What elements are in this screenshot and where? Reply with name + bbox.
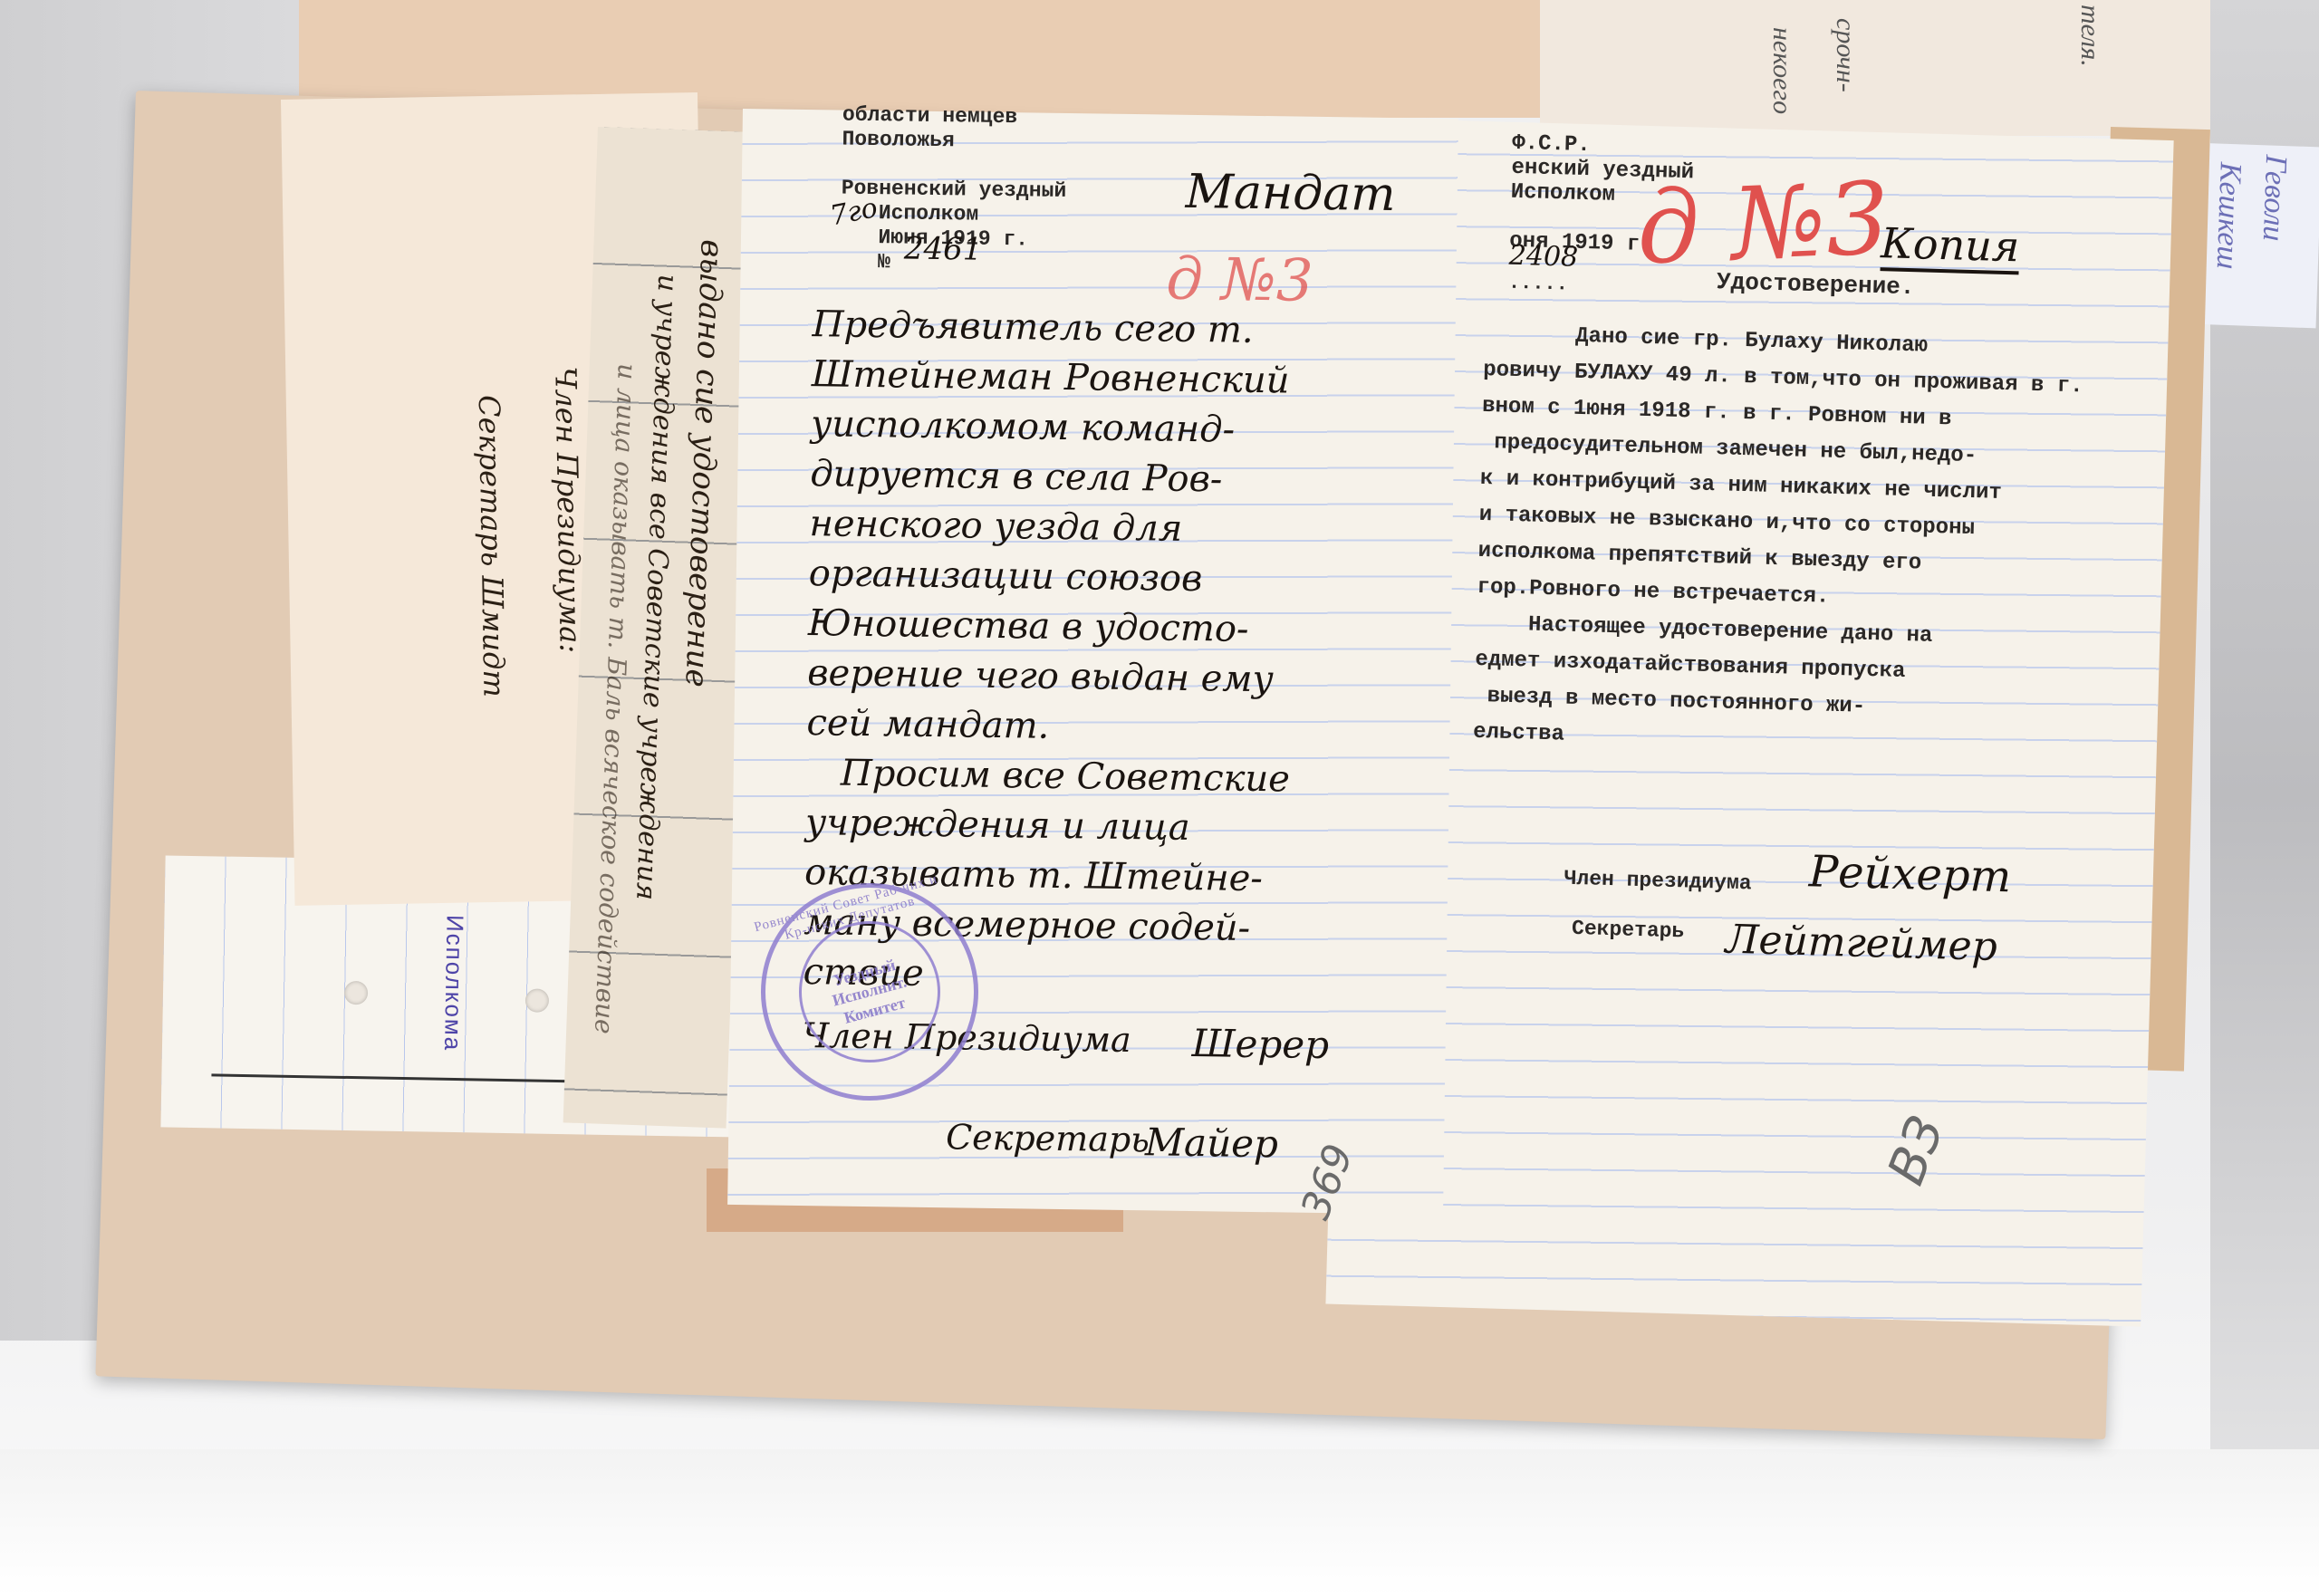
body-line: и таковых не взыскано и,что со стороны [1478,503,1975,541]
body-line: ненского уезда для [809,503,1182,550]
body-line: Юношества в удосто- [808,602,1249,650]
body-line: сей мандат. [806,702,1049,747]
header-line: области немцев [842,103,1018,130]
background-bottom [0,1449,2319,1596]
chairman-signature: Шерер [1191,1021,1329,1067]
header-line: Ф.С.Р. [1512,131,1591,158]
certificate-number: 2408 [1508,240,1578,274]
punch-hole [344,981,368,1005]
body-line: вном с 1юня 1918 г. в г. Ровном ни в [1482,394,1952,431]
body-line: гор.Ровного не встречается. [1477,575,1829,610]
body-line: Штейнеман Ровненский [812,353,1290,401]
body-line: к и контрибуций за ним никаких не числит [1480,466,2003,505]
top-printed-sheet: срочн- некоего теля. [1540,0,2210,136]
body-line: Предъявитель сего т. [812,303,1254,351]
certificate-number-dots: ..... [1508,272,1569,296]
secretary-signature: Майер [1145,1120,1279,1166]
body-line: уисполкомом команд- [811,403,1236,451]
mandate-number: 2461 [904,231,983,268]
blue-slip-text: Кешкеш [2209,161,2247,270]
body-line: Настоящее удостоверение дано на [1476,611,1933,649]
body-line: ровичу БУЛАХУ 49 л. в том,что он прожива… [1483,358,2083,399]
body-line: выезд в место постоянного жи- [1474,684,1866,719]
secretary-signature: Лейтгеймер [1725,917,1997,970]
header-line: № [840,250,890,274]
header-line: Исполком [1510,180,1615,207]
header-line: Поволожья [842,128,955,153]
body-line: исполкома препятствий к выезду его [1477,539,1921,576]
body-line: едмет изходатайствования пропуска [1475,648,1906,684]
mandate-title: Мандат [1185,165,1396,222]
printed-label-ispolkoma: Исполкома [438,915,469,1053]
top-fragment: теля. [2074,5,2105,67]
top-fragment: некоего [1766,27,1797,114]
member-signature: Рейхерт [1808,846,2012,902]
body-line: Просим все Советские [805,752,1290,800]
strip-line: и лица оказывать т. Баль всяческое содей… [589,363,642,1035]
pencil-initials: ВЗ [1877,1109,1957,1193]
secretary-label: Секретарь [1572,917,1685,943]
pencil-folio-number: 369 [1293,1138,1362,1226]
member-label: Член президиума [1564,867,1752,896]
copy-mark: Копия [1881,218,2021,274]
secretary-label: Секретарь [946,1117,1150,1159]
body-line: организации союзов [809,553,1203,600]
body-line: дируется в села Ров- [810,453,1223,500]
blue-slip-text: Геволи [2256,154,2293,242]
body-line: верение чего выдан ему [807,652,1274,700]
body-line: предосудительном замечен не был,недо- [1481,430,1977,468]
certificate-title: Удостоверение. [1717,268,1915,301]
top-fragment: срочн- [1830,18,1861,92]
strip-line: выдано сие удостоверение [678,239,729,688]
body-line: учреждения и лица [805,802,1190,849]
body-line: Дано сие гр. Булаху Николаю [1484,322,1928,359]
certificate-body: Дано сие гр. Булаху Николаю ровичу БУЛАХ… [1473,316,2085,767]
punch-hole [525,988,549,1012]
body-line: ельства [1473,720,1565,747]
card-line: Секретарь Шмидт [472,395,512,697]
red-pencil-mark: д №3 [1634,160,1891,287]
